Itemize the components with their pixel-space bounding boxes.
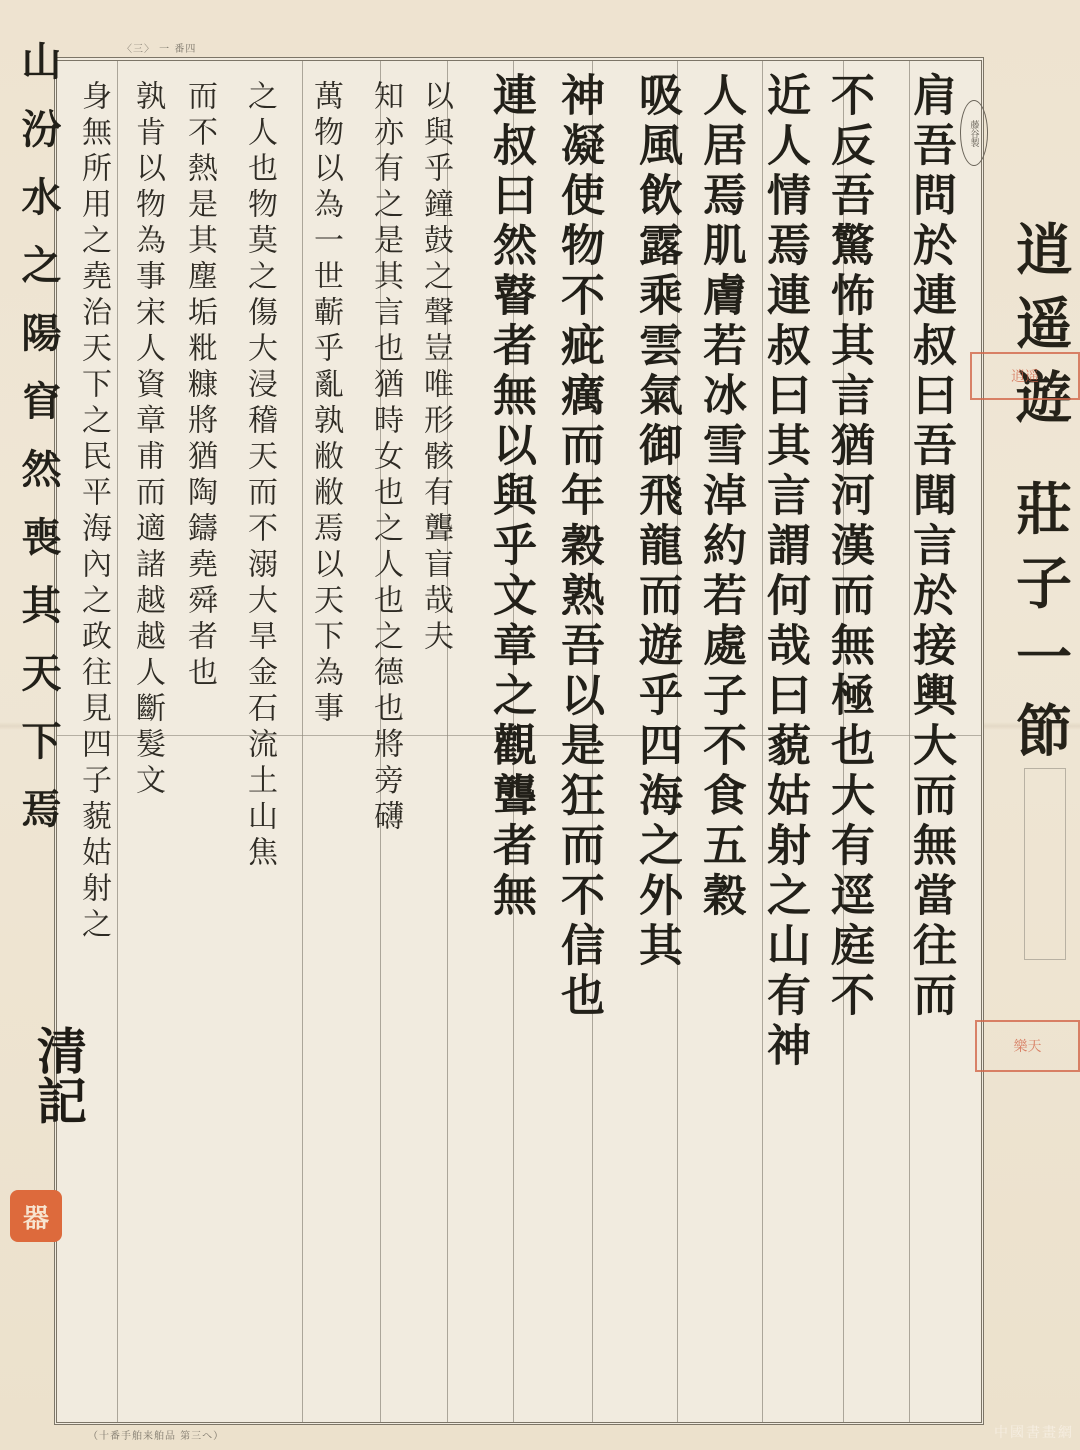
faint-seal-impression xyxy=(1024,768,1066,960)
text-column-2: 不反吾驚怖其言猶河漢而無極也大有逕庭不 xyxy=(826,72,870,1022)
text-column-12: 而不熱是其塵垢粃糠將猶陶鑄堯舜者也 xyxy=(184,80,214,692)
text-column-5: 吸風飲露乘雲氣御飛龍而遊乎四海之外其 xyxy=(634,72,678,972)
text-column-13: 孰肯以物為事宋人資章甫而適諸越越人斷髮文 xyxy=(132,80,162,800)
text-column-14: 身無所用之堯治天下之民平海內之政往見四子藐姑射之 xyxy=(78,80,108,944)
text-column-11: 之人也物莫之傷大浸稽天而不溺大旱金石流土山焦 xyxy=(244,80,274,872)
grid-line xyxy=(117,61,118,1422)
text-column-1: 肩吾問於連叔曰吾聞言於接輿大而無當往而 xyxy=(908,72,952,1022)
right-seal-top: 逍遥 xyxy=(970,352,1080,400)
text-column-4: 人居焉肌膚若冰雪淖約若處子不食五穀 xyxy=(698,72,742,922)
text-column-6: 神凝使物不疵癘而年穀熟吾以是狂而不信也 xyxy=(556,72,600,1022)
bottom-margin-print: （十番手舶来舶品 第三へ） xyxy=(88,1427,224,1442)
watermark: 中國書畫網 xyxy=(994,1422,1074,1442)
top-margin-print: 〈三〉 一 番四 xyxy=(122,40,196,55)
grid-line xyxy=(302,61,303,1422)
right-seal-bottom: 樂天 xyxy=(975,1020,1080,1072)
text-column-9: 知亦有之是其言也猶時女也之人也之德也將旁礴 xyxy=(370,80,400,836)
inscription-column: 山汾水之陽窅然喪其天下焉 xyxy=(18,40,58,856)
text-column-8: 以與乎鐘鼓之聲豈唯形骸有聾盲哉夫 xyxy=(420,80,450,656)
printer-stamp: 藤谷製 xyxy=(960,100,988,166)
artist-seal: 器 xyxy=(10,1190,62,1242)
signature: 清記 xyxy=(22,1025,94,1125)
title-column: 逍遥遊 莊子一節 xyxy=(1000,220,1080,776)
text-column-3: 近人情焉連叔曰其言謂何哉曰藐姑射之山有神 xyxy=(762,72,806,1072)
text-column-10: 萬物以為一世蘄乎亂孰敝敝焉以天下為事 xyxy=(310,80,340,728)
text-column-7: 連叔曰然瞽者無以與乎文章之觀聾者無 xyxy=(488,72,532,922)
